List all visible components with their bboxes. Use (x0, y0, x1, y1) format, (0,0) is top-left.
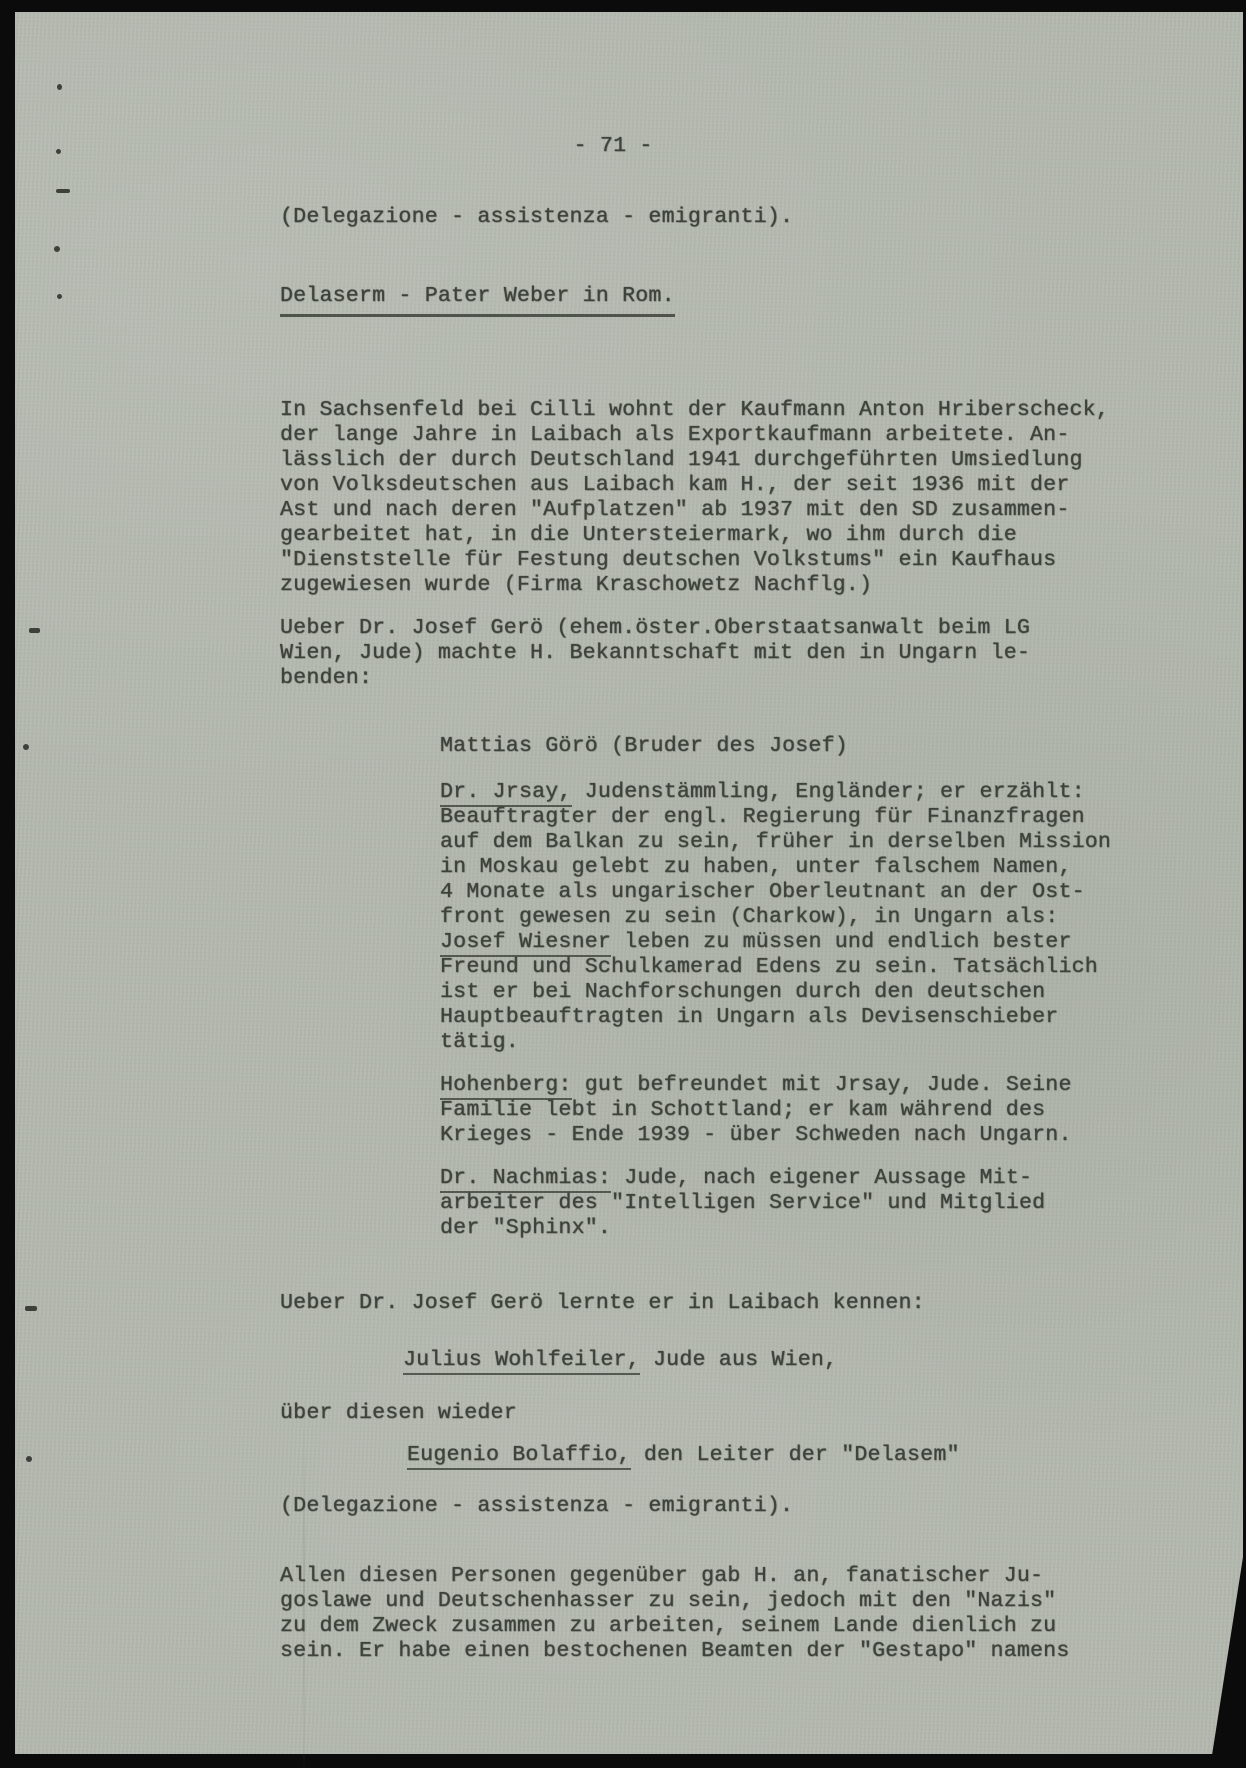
entry-nachmias: Dr. Nachmias: Jude, nach eigener Aussage… (440, 1166, 1045, 1241)
text-line: Ast und nach deren "Aufplatzen" ab 1937 … (280, 498, 1109, 523)
delegazione-note-bottom: (Delegazione - assistenza - emigranti). (280, 1494, 793, 1519)
underlined-text: Dr. Jrsay, (440, 780, 572, 807)
text-segment: zugewiesen wurde (Firma Kraschowetz Nach… (280, 573, 872, 597)
text-line: (Delegazione - assistenza - emigranti). (280, 1494, 793, 1519)
text-segment: Krieges - Ende 1939 - über Schweden nach… (440, 1123, 1072, 1147)
text-line: tätig. (440, 1030, 1111, 1055)
entry-mattias: Mattias Görö (Bruder des Josef) (440, 734, 848, 759)
text-segment: (Delegazione - assistenza - emigranti). (280, 205, 793, 229)
text-segment: lässlich der durch Deutschland 1941 durc… (280, 448, 1083, 472)
page-number: - 71 - (442, 109, 653, 134)
text-segment: leben zu müssen und endlich bester (611, 930, 1072, 954)
text-segment: arbeiter des "Intelligen Service" und Mi… (440, 1191, 1045, 1215)
text-segment: tätig. (440, 1030, 519, 1054)
text-line: zugewiesen wurde (Firma Kraschowetz Nach… (280, 573, 1109, 598)
text-segment: Freund und Schulkamerad Edens zu sein. T… (440, 955, 1098, 979)
text-segment: Ueber Dr. Josef Gerö lernte er in Laibac… (280, 1291, 925, 1315)
text-line: Beauftragter der engl. Regierung für Fin… (440, 805, 1111, 830)
text-segment: gearbeitet hat, in die Untersteiermark, … (280, 523, 1017, 547)
text-segment: Wien, Jude) machte H. Bekanntschaft mit … (280, 641, 1030, 665)
text-segment: auf dem Balkan zu sein, früher in dersel… (440, 830, 1111, 854)
text-line: Familie lebt in Schottland; er kam währe… (440, 1098, 1072, 1123)
text-line: Krieges - Ende 1939 - über Schweden nach… (440, 1123, 1072, 1148)
paper: - 71 - (Delegazione - assistenza - emigr… (15, 12, 1243, 1754)
text-line: goslawe und Deutschenhasser zu sein, jed… (280, 1589, 1070, 1614)
text-segment: Hauptbeauftragten in Ungarn als Devisens… (440, 1005, 1058, 1029)
text-line: Mattias Görö (Bruder des Josef) (440, 734, 848, 759)
text-segment: 4 Monate als ungarischer Oberleutnant an… (440, 880, 1085, 904)
typewritten-content: - 71 - (Delegazione - assistenza - emigr… (15, 12, 1243, 1754)
text-line: arbeiter des "Intelligen Service" und Mi… (440, 1191, 1045, 1216)
underlined-text: Julius Wohlfeiler, (403, 1348, 640, 1375)
text-segment: Judenstämmling, Engländer; er erzählt: (572, 780, 1085, 804)
text-line: Ueber Dr. Josef Gerö lernte er in Laibac… (280, 1291, 925, 1316)
text-segment: sein. Er habe einen bestochenen Beamten … (280, 1639, 1070, 1663)
text-line: Hauptbeauftragten in Ungarn als Devisens… (440, 1005, 1111, 1030)
text-line: (Delegazione - assistenza - emigranti). (280, 205, 793, 230)
para-ueber-diesen: über diesen wieder (280, 1401, 517, 1426)
text-segment: (Delegazione - assistenza - emigranti). (280, 1494, 793, 1518)
text-segment: Allen diesen Personen gegenüber gab H. a… (280, 1564, 1043, 1588)
text-line: sein. Er habe einen bestochenen Beamten … (280, 1639, 1070, 1664)
text-line: Hohenberg: gut befreundet mit Jrsay, Jud… (440, 1073, 1072, 1098)
underlined-text: Eugenio Bolaffio, (407, 1443, 631, 1470)
text-line: von Volksdeutschen aus Laibach kam H., d… (280, 473, 1109, 498)
text-line: benden: (280, 666, 1030, 691)
text-line: Ueber Dr. Josef Gerö (ehem.öster.Obersta… (280, 616, 1030, 641)
text-line: über diesen wieder (280, 1401, 517, 1426)
text-segment: Jude aus Wien, (640, 1348, 837, 1372)
text-line: der lange Jahre in Laibach als Exportkau… (280, 423, 1109, 448)
text-line: Allen diesen Personen gegenüber gab H. a… (280, 1564, 1070, 1589)
text-line: "Dienststelle für Festung deutschen Volk… (280, 548, 1109, 573)
text-segment: - 71 - (574, 134, 653, 158)
text-line: In Sachsenfeld bei Cilli wohnt der Kaufm… (280, 398, 1109, 423)
text-line: Dr. Nachmias: Jude, nach eigener Aussage… (440, 1166, 1045, 1191)
text-segment: von Volksdeutschen aus Laibach kam H., d… (280, 473, 1070, 497)
text-line: Josef Wiesner leben zu müssen und endlic… (440, 930, 1111, 955)
underlined-text: Dr. Nachmias: (440, 1166, 611, 1193)
underlined-text: Josef Wiesner (440, 930, 611, 957)
text-line: Eugenio Bolaffio, den Leiter der "Delase… (407, 1443, 960, 1468)
text-line: Julius Wohlfeiler, Jude aus Wien, (403, 1348, 837, 1373)
text-line: front gewesen zu sein (Charkow), in Unga… (440, 905, 1111, 930)
scan-corner-shadow (1210, 1538, 1246, 1768)
text-line: - 71 - (442, 109, 653, 134)
text-segment: über diesen wieder (280, 1401, 517, 1425)
text-line: lässlich der durch Deutschland 1941 durc… (280, 448, 1109, 473)
text-segment: benden: (280, 666, 372, 690)
text-segment: gut befreundet mit Jrsay, Jude. Seine (572, 1073, 1072, 1097)
underlined-text: Hohenberg: (440, 1073, 572, 1100)
text-segment: In Sachsenfeld bei Cilli wohnt der Kaufm… (280, 398, 1109, 422)
underlined-text: Delaserm - Pater Weber in Rom. (280, 284, 675, 317)
text-line: zu dem Zweck zusammen zu arbeiten, seine… (280, 1614, 1070, 1639)
text-segment: ist er bei Nachforschungen durch den deu… (440, 980, 1045, 1004)
text-line: gearbeitet hat, in die Untersteiermark, … (280, 523, 1109, 548)
section-heading: Delaserm - Pater Weber in Rom. (280, 284, 675, 309)
text-line: in Moskau gelebt zu haben, unter falsche… (440, 855, 1111, 880)
text-segment: Mattias Görö (Bruder des Josef) (440, 734, 848, 758)
text-segment: der lange Jahre in Laibach als Exportkau… (280, 423, 1070, 447)
para-allen-diesen: Allen diesen Personen gegenüber gab H. a… (280, 1564, 1070, 1664)
text-segment: zu dem Zweck zusammen zu arbeiten, seine… (280, 1614, 1056, 1638)
delegazione-note-top: (Delegazione - assistenza - emigranti). (280, 205, 793, 230)
para-hriberscheck: In Sachsenfeld bei Cilli wohnt der Kaufm… (280, 398, 1109, 598)
text-segment: goslawe und Deutschenhasser zu sein, jed… (280, 1589, 1056, 1613)
text-line: der "Sphinx". (440, 1216, 1045, 1241)
scanned-page: - 71 - (Delegazione - assistenza - emigr… (0, 0, 1246, 1768)
text-segment: in Moskau gelebt zu haben, unter falsche… (440, 855, 1072, 879)
entry-bolaffio: Eugenio Bolaffio, den Leiter der "Delase… (407, 1443, 960, 1468)
entry-jrsay: Dr. Jrsay, Judenstämmling, Engländer; er… (440, 780, 1111, 1055)
para-gero-laibach: Ueber Dr. Josef Gerö lernte er in Laibac… (280, 1291, 925, 1316)
text-segment: den Leiter der "Delasem" (631, 1443, 960, 1467)
entry-wohlfeiler: Julius Wohlfeiler, Jude aus Wien, (403, 1348, 837, 1373)
text-segment: Familie lebt in Schottland; er kam währe… (440, 1098, 1045, 1122)
text-segment: Beauftragter der engl. Regierung für Fin… (440, 805, 1085, 829)
text-segment: front gewesen zu sein (Charkow), in Unga… (440, 905, 1058, 929)
para-gero-intro: Ueber Dr. Josef Gerö (ehem.öster.Obersta… (280, 616, 1030, 691)
text-line: 4 Monate als ungarischer Oberleutnant an… (440, 880, 1111, 905)
text-line: auf dem Balkan zu sein, früher in dersel… (440, 830, 1111, 855)
text-line: Delaserm - Pater Weber in Rom. (280, 284, 675, 309)
text-segment: Jude, nach eigener Aussage Mit- (611, 1166, 1032, 1190)
text-line: ist er bei Nachforschungen durch den deu… (440, 980, 1111, 1005)
entry-hohenberg: Hohenberg: gut befreundet mit Jrsay, Jud… (440, 1073, 1072, 1148)
text-segment: der "Sphinx". (440, 1216, 611, 1240)
text-segment: "Dienststelle für Festung deutschen Volk… (280, 548, 1056, 572)
text-line: Wien, Jude) machte H. Bekanntschaft mit … (280, 641, 1030, 666)
text-line: Freund und Schulkamerad Edens zu sein. T… (440, 955, 1111, 980)
text-segment: Ast und nach deren "Aufplatzen" ab 1937 … (280, 498, 1070, 522)
text-segment: Ueber Dr. Josef Gerö (ehem.öster.Obersta… (280, 616, 1030, 640)
text-line: Dr. Jrsay, Judenstämmling, Engländer; er… (440, 780, 1111, 805)
